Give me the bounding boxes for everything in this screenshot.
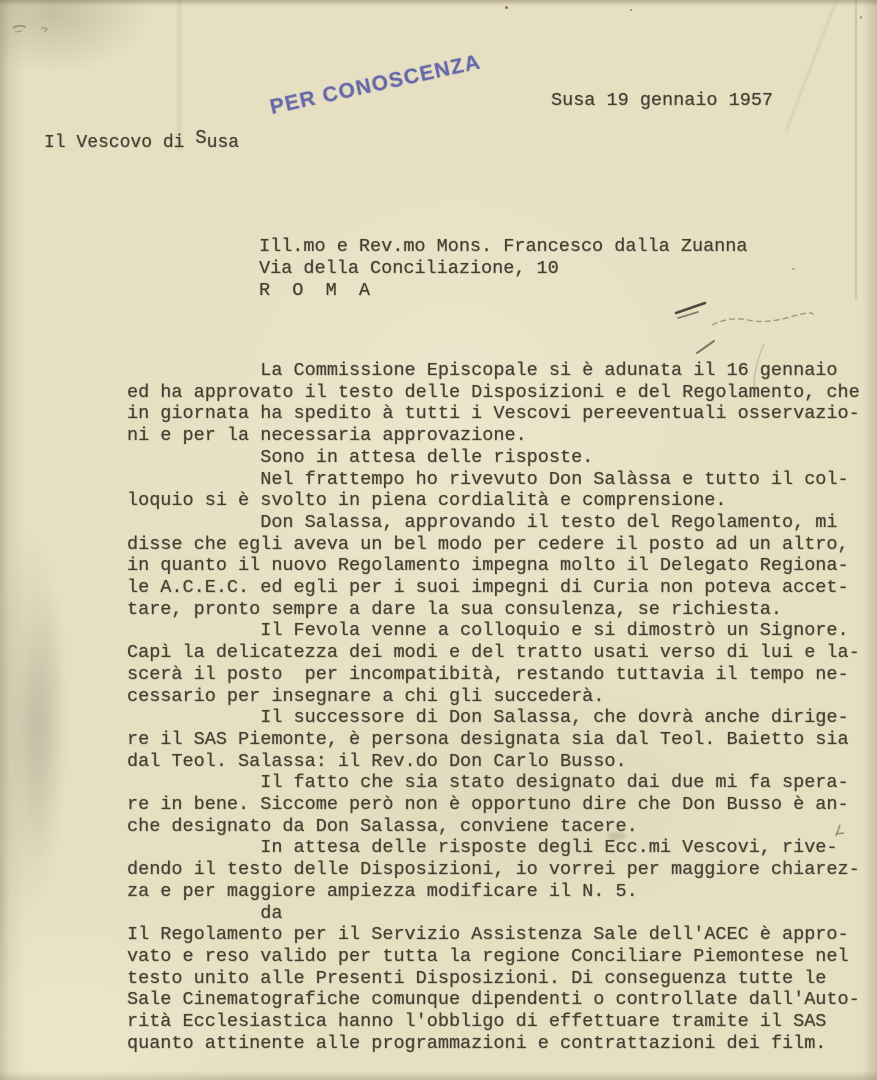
letterhead-rest: usa [207,133,239,153]
pencil-marks-top-left [8,18,62,44]
dateline: Susa 19 gennaio 1957 [551,90,773,112]
letterhead-initial: S [195,127,206,149]
paper-smudge-left [15,584,69,865]
recipient-address: Ill.mo e Rev.mo Mons. Francesco dalla Zu… [259,236,747,302]
paper-crease-right [855,0,857,300]
paper-crease-top-left [176,0,183,150]
scanned-letter-page: PER CONOSCENZA Susa 19 gennaio 1957 Il V… [0,0,877,1080]
letterhead-prefix: Il Vescovo di [44,133,195,153]
paper-speck [860,16,862,19]
paper-speck [505,6,508,9]
paper-speck [792,268,795,270]
paper-crease-top-right [785,0,841,131]
per-conoscenza-stamp: PER CONOSCENZA [268,50,483,120]
paper-speck [630,9,632,11]
letterhead: Il Vescovo di Susa [44,132,239,155]
letter-body: La Commissione Episcopale si è adunata i… [127,360,860,1055]
